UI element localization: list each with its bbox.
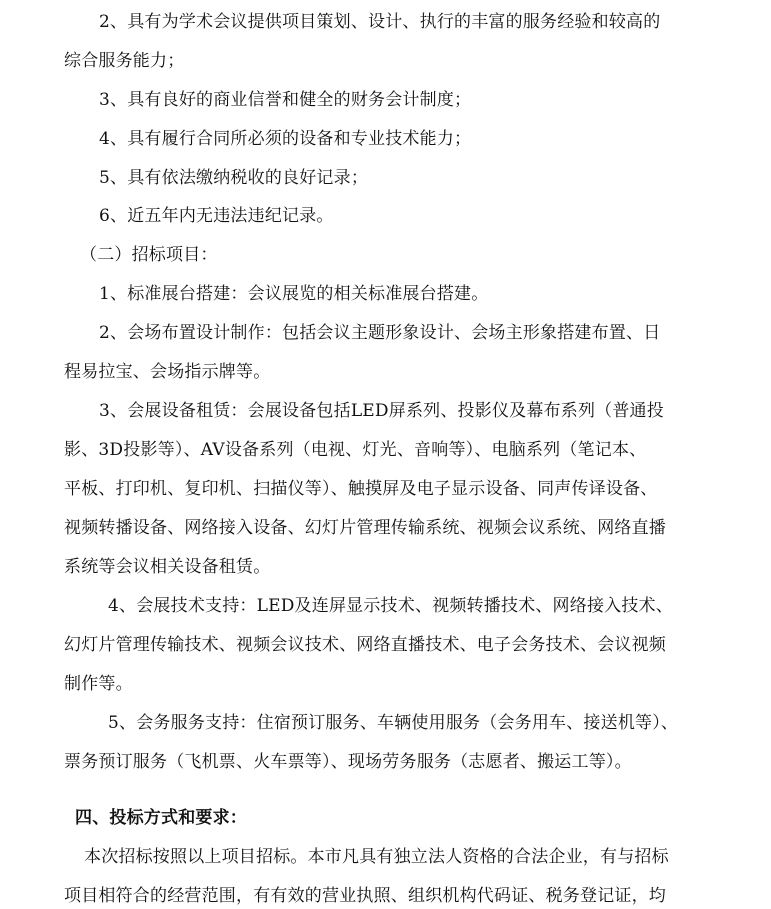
item-4-line2: 幻灯片管理传输技术、视频会议技术、网络直播技术、电子会务技术、会议视频	[64, 634, 666, 656]
item-2-line2: 程易拉宝、会场指示牌等。	[64, 361, 270, 383]
item-2-line1: 2、会场布置设计制作：包括会议主题形象设计、会场主形象搭建布置、日	[99, 322, 660, 344]
requirement-3: 3、具有良好的商业信誉和健全的财务会计制度；	[99, 89, 471, 111]
item-3-line2: 影、3D投影等）、AV设备系列（电视、灯光、音响等）、电脑系列（笔记本、	[64, 439, 646, 461]
subsection-heading-tender-items: （二）招标项目：	[80, 244, 218, 266]
item-4-line3: 制作等。	[64, 673, 133, 695]
item-5-line2: 票务预订服务（飞机票、火车票等）、现场劳务服务（志愿者、搬运工等）。	[64, 751, 632, 773]
item-5-line1: 5、会务服务支持：住宿预订服务、车辆使用服务（会务用车、接送机等）、	[108, 712, 678, 734]
requirement-2-line1: 2、具有为学术会议提供项目策划、设计、执行的丰富的服务经验和较高的	[99, 11, 660, 33]
section-heading-bidding-method: 四、投标方式和要求：	[75, 807, 247, 829]
item-3-line1: 3、会展设备租赁：会展设备包括LED屏系列、投影仪及幕布系列（普通投	[99, 400, 664, 422]
requirement-4: 4、具有履行合同所必须的设备和专业技术能力；	[99, 128, 471, 150]
item-1: 1、标准展台搭建：会议展览的相关标准展台搭建。	[99, 283, 488, 305]
item-3-line5: 系统等会议相关设备租赁。	[64, 556, 270, 578]
item-3-line4: 视频转播设备、网络接入设备、幻灯片管理传输系统、视频会议系统、网络直播	[64, 517, 666, 539]
document-page: 2、具有为学术会议提供项目策划、设计、执行的丰富的服务经验和较高的 综合服务能力…	[0, 0, 771, 909]
item-4-line1: 4、会展技术支持：LED及连屏显示技术、视频转播技术、网络接入技术、	[108, 595, 673, 617]
bidding-body-line1: 本次招标按照以上项目招标。本市凡具有独立法人资格的合法企业，有与招标	[84, 846, 669, 868]
requirement-6: 6、近五年内无违法违纪记录。	[99, 205, 334, 227]
requirement-2-line2: 综合服务能力；	[64, 50, 184, 72]
bidding-body-line2: 项目相符合的经营范围，有有效的营业执照、组织机构代码证、税务登记证，均	[64, 885, 666, 907]
item-3-line3: 平板、打印机、复印机、扫描仪等）、触摸屏及电子显示设备、同声传译设备、	[64, 478, 658, 500]
requirement-5: 5、具有依法缴纳税收的良好记录；	[99, 167, 368, 189]
